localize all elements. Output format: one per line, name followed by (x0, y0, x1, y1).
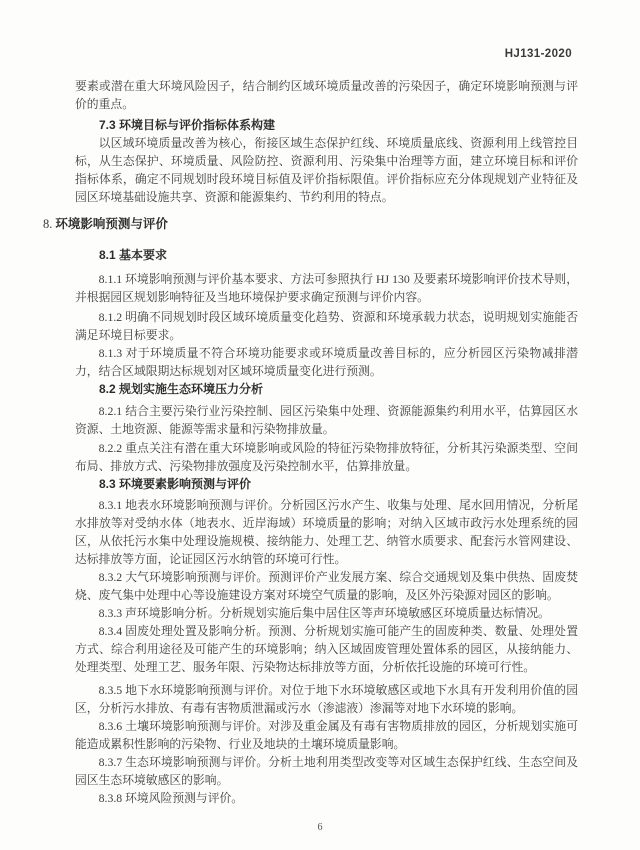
heading-8-1: 8.1 基本要求 (75, 246, 578, 264)
para-8-2-2: 8.2.2 重点关注有潜在重大环境影响或风险的特征污染物排放特征，分析其污染源类… (75, 439, 578, 475)
para-8-1-2: 8.1.2 明确不同规划时段区域环境质量变化趋势、资源和环境承载力状态，说明规划… (75, 308, 578, 344)
heading-8-3: 8.3 环境要素影响预测与评价 (75, 475, 578, 493)
chapter-8-title: 环境影响预测与评价 (55, 217, 168, 231)
para-8-3-7: 8.3.7 生态环境影响预测与评价。分析土地利用类型改变等对区域生态保护红线、生… (75, 753, 578, 789)
para-8-2-1: 8.2.1 结合主要污染行业污染控制、园区污染集中处理、资源能源集约利用水平，估… (75, 402, 578, 438)
chapter-8-heading: 8.环境影响预测与评价 (43, 215, 578, 233)
para-8-3-2: 8.3.2 大气环境影响预测与评价。预测评价产业发展方案、综合交通规划及集中供热… (75, 568, 578, 604)
para-8-3-1: 8.3.1 地表水环境影响预测与评价。分析园区污水产生、收集与处理、尾水回用情况… (75, 496, 578, 568)
heading-7-3: 7.3 环境目标与评价指标体系构建 (75, 116, 578, 134)
para-continued-from-previous-page: 要素或潜在重大环境风险因子，结合制约区域环境质量改善的污染因子，确定环境影响预测… (75, 77, 578, 113)
para-8-3-5: 8.3.5 地下水环境影响预测与评价。对位于地下水环境敏感区或地下水具有开发利用… (75, 681, 578, 717)
document-page: HJ131-2020 要素或潜在重大环境风险因子，结合制约区域环境质量改善的污染… (0, 0, 640, 850)
para-8-3-4: 8.3.4 固废处理处置及影响分析。预测、分析规划实施可能产生的固废种类、数量、… (75, 622, 578, 676)
para-8-3-3: 8.3.3 声环境影响分析。分析规划实施后集中居住区等声环境敏感区环境质量达标情… (75, 604, 578, 622)
page-number: 6 (0, 822, 640, 833)
chapter-8-number: 8. (43, 217, 52, 231)
para-7-3: 以区域环境质量改善为核心，衔接区域生态保护红线、环境质量底线、资源利用上线管控目… (75, 134, 578, 206)
heading-8-2: 8.2 规划实施生态环境压力分析 (75, 380, 578, 398)
para-8-1-1: 8.1.1 环境影响预测与评价基本要求、方法可参照执行 HJ 130 及要素环境… (75, 270, 578, 306)
standard-code-header: HJ131-2020 (505, 48, 572, 60)
para-8-1-3: 8.1.3 对于环境质量不符合环境功能要求或环境质量改善目标的，应分析园区污染物… (75, 344, 578, 380)
para-8-3-6: 8.3.6 土壤环境影响预测与评价。对涉及重金属及有毒有害物质排放的园区，分析规… (75, 717, 578, 753)
para-8-3-8: 8.3.8 环境风险预测与评价。 (75, 789, 578, 807)
